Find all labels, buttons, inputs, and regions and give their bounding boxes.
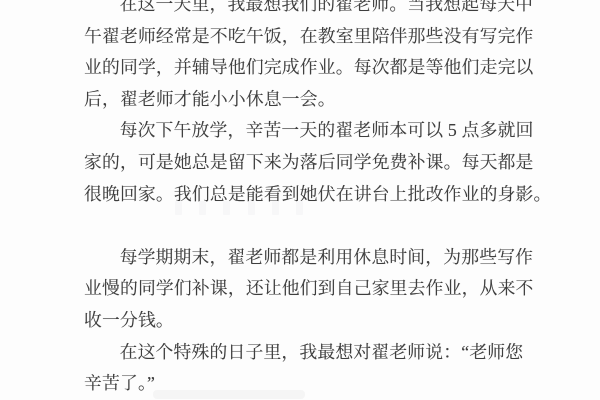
text-line: 每次下午放学，辛苦一天的翟老师本可以 5 点多就回 bbox=[84, 115, 528, 147]
text-line: 辛苦了。” bbox=[84, 368, 528, 400]
ghost-mark bbox=[175, 201, 182, 215]
ghost-mark bbox=[272, 201, 279, 215]
text-line: 在这一天里，我最想我们的翟老师。当我想起每天中 bbox=[84, 0, 528, 21]
ghost-mark bbox=[223, 201, 230, 215]
text-line: 在这个特殊的日子里，我最想对翟老师说：“老师您 bbox=[84, 337, 528, 369]
page-smudge bbox=[153, 390, 305, 399]
document-page: 在这一天里，我最想我们的翟老师。当我想起每天中午翟老师经常是不吃午饭，在教室里陪… bbox=[0, 0, 600, 400]
text-line: 午翟老师经常是不吃午饭，在教室里陪伴那些没有写完作 bbox=[84, 21, 528, 53]
essay-text: 在这一天里，我最想我们的翟老师。当我想起每天中午翟老师经常是不吃午饭，在教室里陪… bbox=[84, 0, 528, 400]
ghost-mark bbox=[199, 201, 206, 215]
text-line: 家的，可是她总是留下来为落后同学免费补课。每天都是 bbox=[84, 147, 528, 179]
text-line: 很晚回家。我们总是能看到她伏在讲台上批改作业的身影。 bbox=[84, 179, 528, 211]
ghost-mark bbox=[296, 201, 303, 215]
ghost-mark bbox=[248, 201, 255, 215]
ghost-marks bbox=[175, 201, 303, 215]
text-line: 业的同学，并辅导他们完成作业。每次都是等他们走完以 bbox=[84, 52, 528, 84]
text-line: 后，翟老师才能小小休息一会。 bbox=[84, 84, 528, 116]
text-line: 业慢的同学们补课，还让他们到自己家里去作业，从来不 bbox=[84, 273, 528, 305]
text-line: 收一分钱。 bbox=[84, 305, 528, 337]
text-line: 每学期期末，翟老师都是利用休息时间，为那些写作 bbox=[84, 242, 528, 274]
